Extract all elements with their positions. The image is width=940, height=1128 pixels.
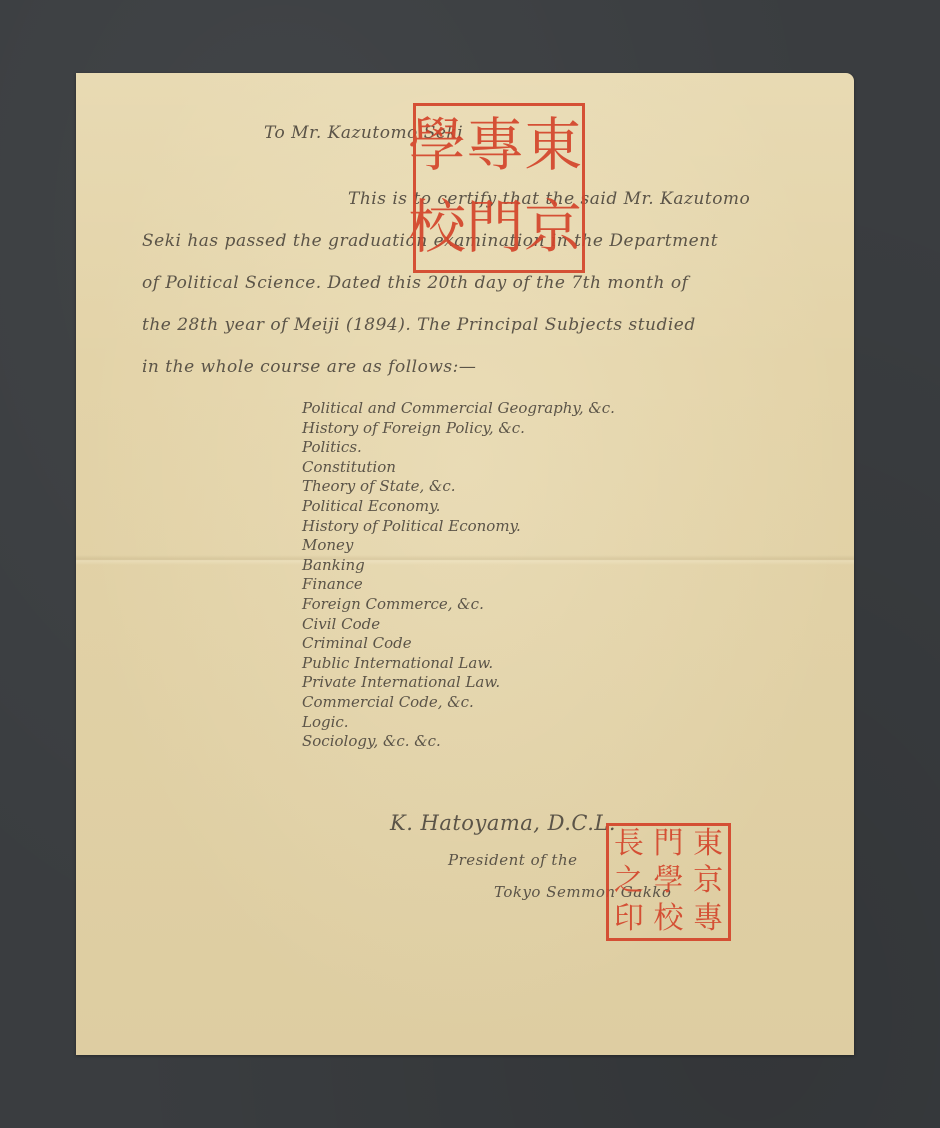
subject-item: Money	[302, 536, 615, 556]
subject-item: Politics.	[302, 438, 615, 458]
subject-item: Foreign Commerce, &c.	[302, 595, 615, 615]
subject-item: Banking	[302, 556, 615, 576]
seal-character: 印	[609, 901, 649, 938]
seal-character: 學	[408, 106, 466, 188]
seal-character: 專	[466, 106, 524, 188]
certificate-paper: To Mr. Kazutomo Seki This is to certify …	[76, 73, 854, 1055]
seal-character: 京	[524, 188, 582, 270]
seal-character: 學	[649, 863, 689, 900]
president-seal-stamp: 東 京 專 門 學 校 長 之 印	[606, 823, 731, 941]
seal-character: 之	[609, 863, 649, 900]
seal-character: 東	[524, 106, 582, 188]
subject-item: Theory of State, &c.	[302, 477, 615, 497]
subject-item: Criminal Code	[302, 634, 615, 654]
seal-character: 長	[609, 826, 649, 863]
seal-character: 京	[688, 863, 728, 900]
subject-item: History of Foreign Policy, &c.	[302, 419, 615, 439]
seal-character: 東	[688, 826, 728, 863]
signature-title-line-1: President of the	[448, 851, 578, 869]
body-line-4: the 28th year of Meiji (1894). The Princ…	[142, 315, 696, 335]
subject-item: Sociology, &c. &c.	[302, 732, 615, 752]
subject-item: History of Political Economy.	[302, 517, 615, 537]
subjects-list: Political and Commercial Geography, &c. …	[302, 399, 615, 752]
school-seal-stamp: 東 京 專 門 學 校	[413, 103, 585, 273]
body-line-3: of Political Science. Dated this 20th da…	[142, 273, 688, 293]
signature-name: K. Hatoyama, D.C.L.	[390, 811, 616, 835]
subject-item: Finance	[302, 575, 615, 595]
subject-item: Political and Commercial Geography, &c.	[302, 399, 615, 419]
subject-item: Public International Law.	[302, 654, 615, 674]
subject-item: Private International Law.	[302, 673, 615, 693]
subject-item: Political Economy.	[302, 497, 615, 517]
seal-character: 門	[649, 826, 689, 863]
seal-character: 校	[408, 188, 466, 270]
seal-character: 門	[466, 188, 524, 270]
subject-item: Civil Code	[302, 615, 615, 635]
body-line-5: in the whole course are as follows:—	[142, 357, 476, 377]
subject-item: Commercial Code, &c.	[302, 693, 615, 713]
subject-item: Logic.	[302, 713, 615, 733]
subject-item: Constitution	[302, 458, 615, 478]
seal-character: 專	[688, 901, 728, 938]
seal-character: 校	[649, 901, 689, 938]
